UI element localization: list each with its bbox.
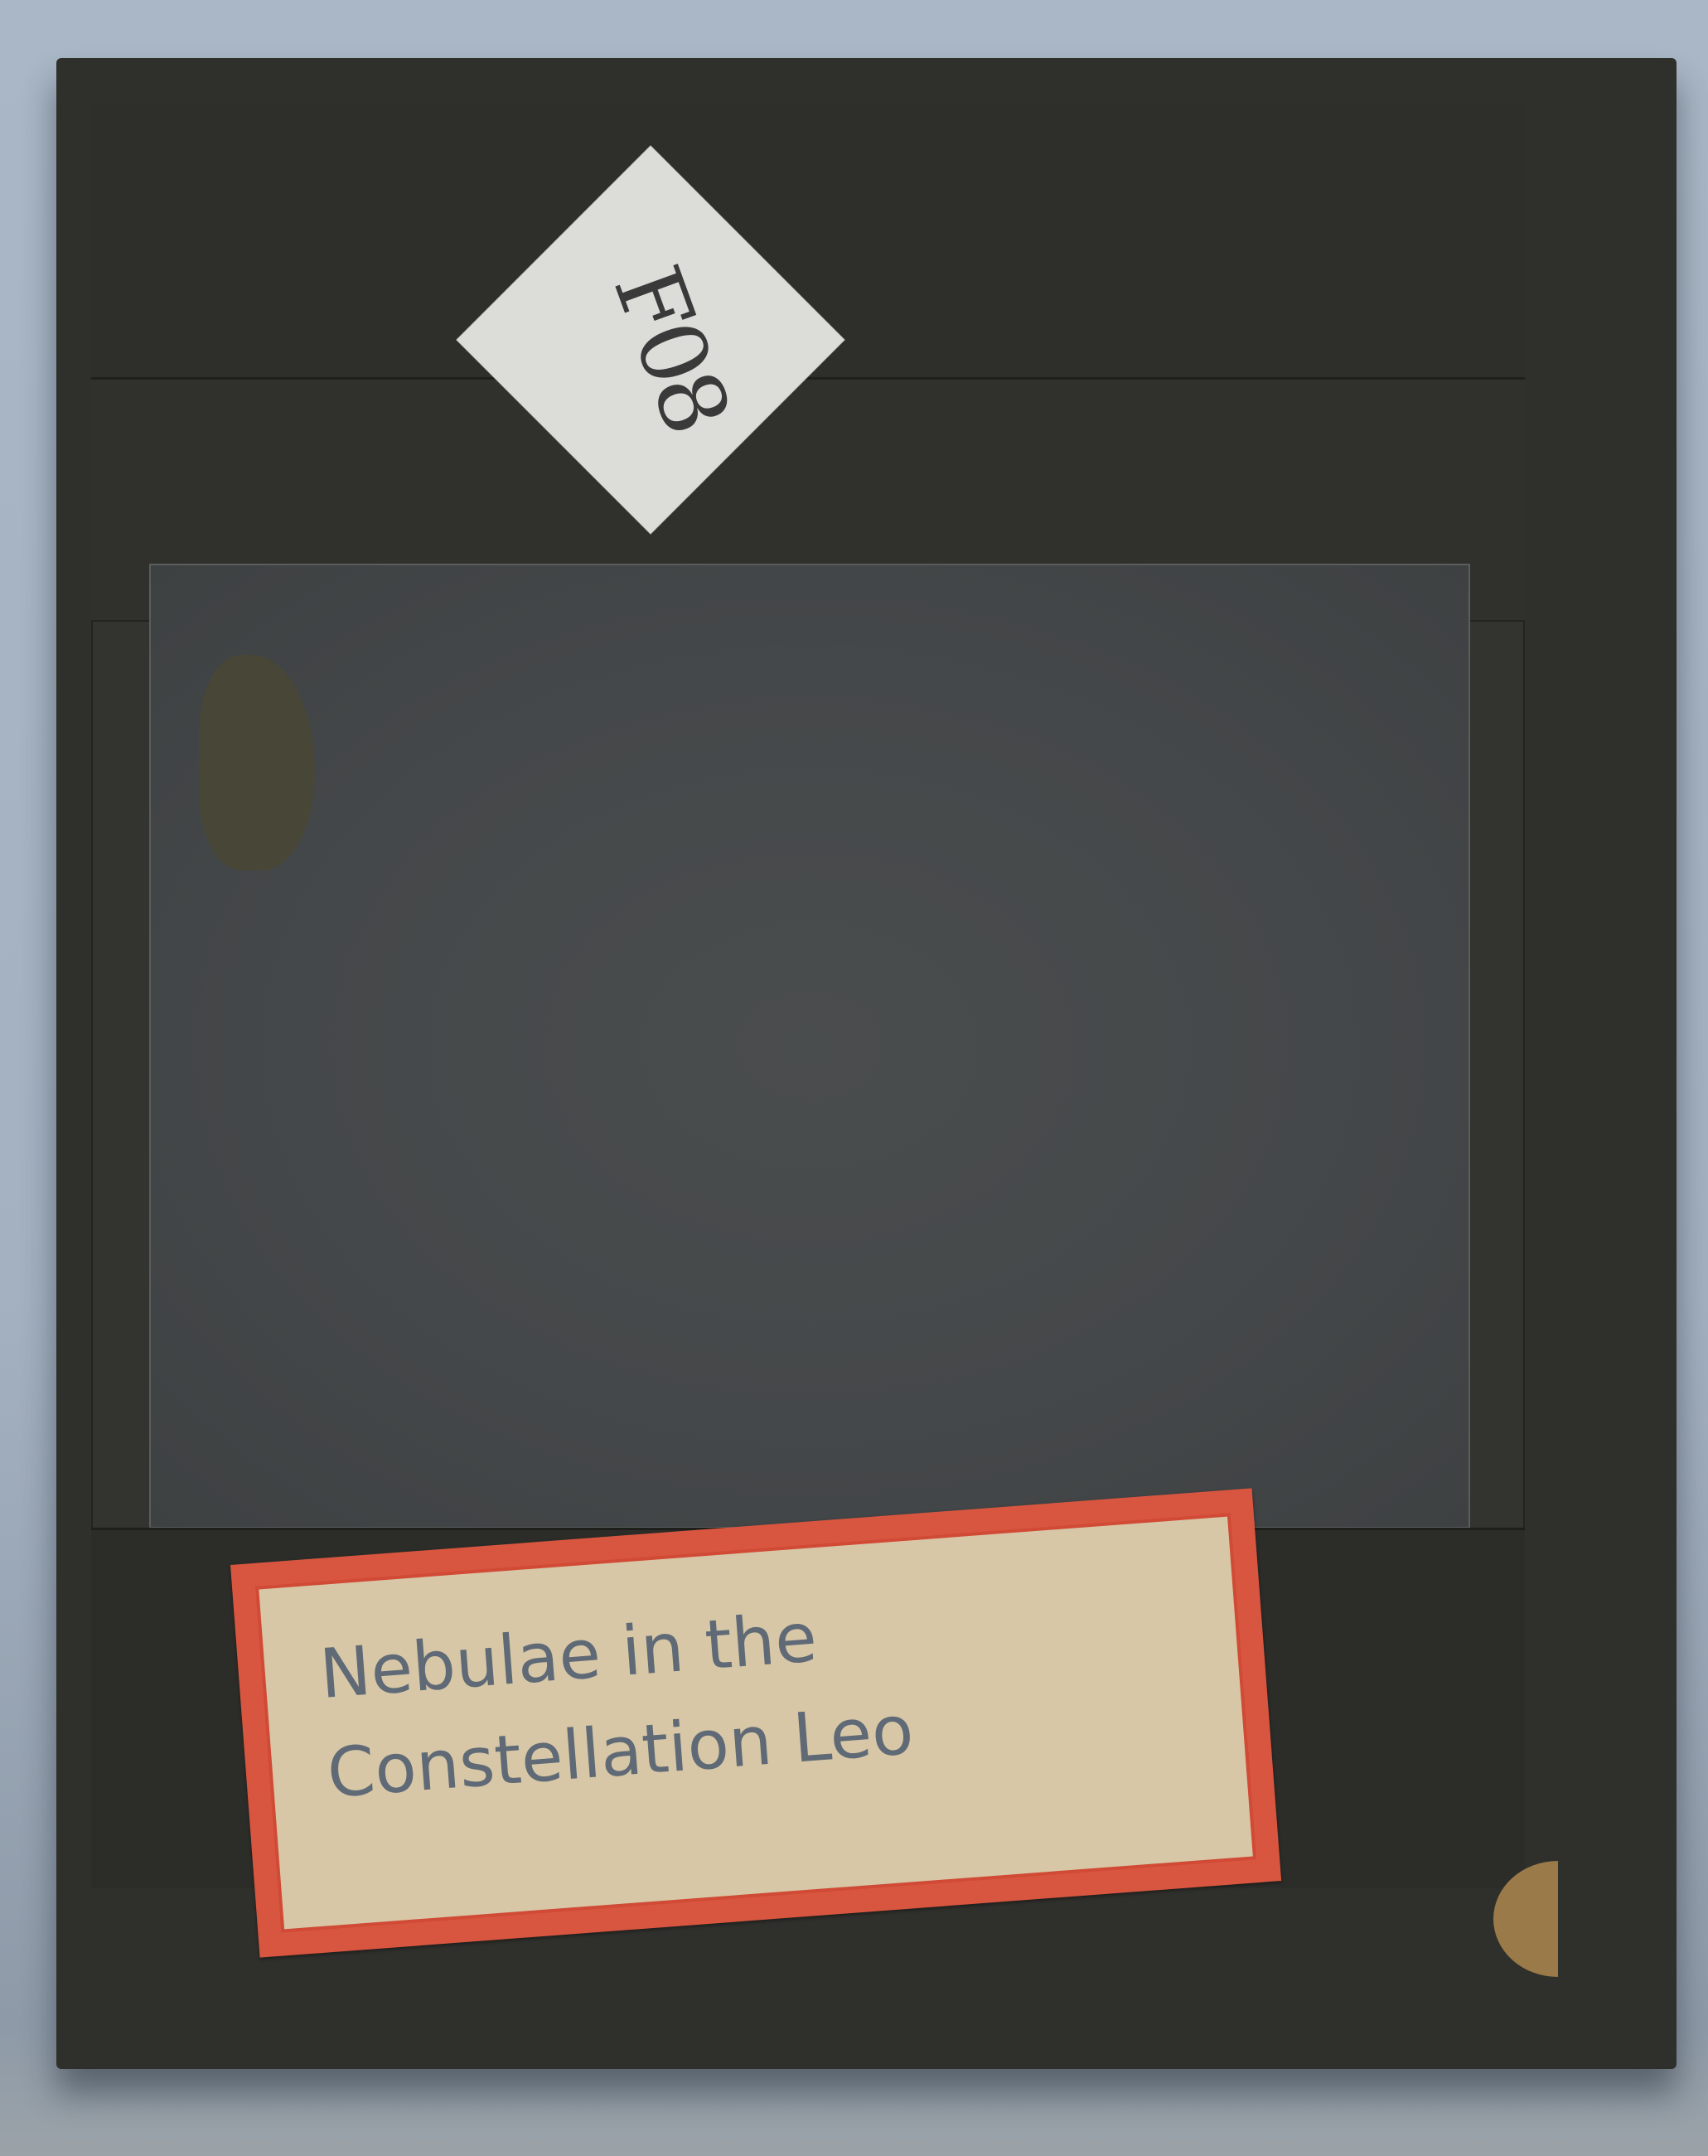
title-label-paper: Nebulae in the Constellation Leo [264, 1522, 1248, 1924]
title-line-1: Nebulae in the [317, 1598, 820, 1714]
title-line-2: Constellation Leo [325, 1691, 917, 1814]
glass-window [149, 564, 1470, 1529]
title-label: Nebulae in the Constellation Leo [230, 1488, 1281, 1957]
